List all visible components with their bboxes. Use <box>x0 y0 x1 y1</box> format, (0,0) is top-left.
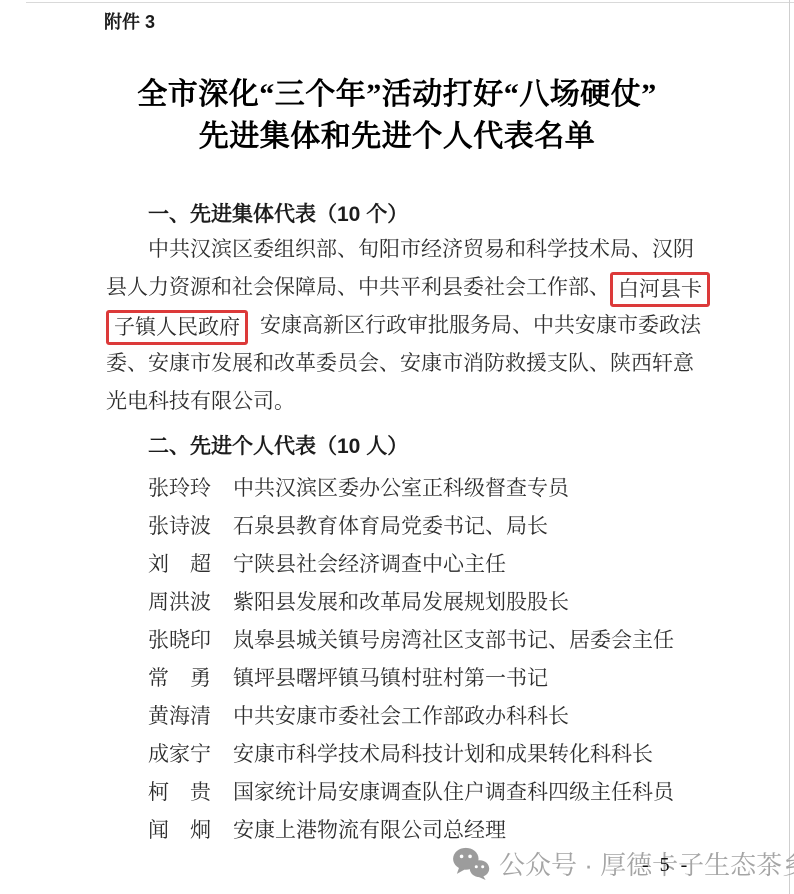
person-title: 宁陕县社会经济调查中心主任 <box>233 552 506 576</box>
person-title: 中共汉滨区委办公室正科级督查专员 <box>233 476 569 500</box>
person-name: 张晓印 <box>148 621 212 659</box>
document-page: 附件 3 全市深化“三个年”活动打好“八场硬仗” 先进集体和先进个人代表名单 一… <box>0 0 794 894</box>
person-row: 刘 超宁陕县社会经济调查中心主任 <box>148 545 748 583</box>
person-name: 刘 超 <box>148 545 212 583</box>
person-title: 岚皋县城关镇号房湾社区支部书记、居委会主任 <box>233 628 674 652</box>
person-name: 周洪波 <box>148 583 212 621</box>
collective-line-1: 中共汉滨区委组织部、旬阳市经济贸易和科学技术局、汉阴 <box>106 230 726 268</box>
highlight-box-2: 子镇人民政府 <box>106 310 248 345</box>
wechat-icon <box>452 847 490 880</box>
person-row: 张诗波石泉县教育体育局党委书记、局长 <box>148 507 748 545</box>
collective-line-3: 子镇人民政府安康高新区行政审批服务局、中共安康市委政法 <box>106 306 726 344</box>
page-number: - 5 - <box>642 854 690 877</box>
person-title: 国家统计局安康调查队住户调查科四级主任科员 <box>233 780 674 804</box>
document-title-line2: 先进集体和先进个人代表名单 <box>0 116 794 158</box>
person-row: 黄海清中共安康市委社会工作部政办科科长 <box>148 697 748 735</box>
person-title: 石泉县教育体育局党委书记、局长 <box>233 514 548 538</box>
section-collective-heading: 一、先进集体代表（10 个） <box>148 198 408 228</box>
person-name: 常 勇 <box>148 659 212 697</box>
collective-list-paragraph: 中共汉滨区委组织部、旬阳市经济贸易和科学技术局、汉阴 县人力资源和社会保障局、中… <box>106 230 726 420</box>
person-title: 安康市科学技术局科技计划和成果转化科科长 <box>233 742 653 766</box>
person-name: 闻 炯 <box>148 811 212 849</box>
person-row: 张玲玲中共汉滨区委办公室正科级督查专员 <box>148 469 748 507</box>
document-title: 全市深化“三个年”活动打好“八场硬仗” 先进集体和先进个人代表名单 <box>0 74 794 158</box>
collective-line-4: 委、安康市发展和改革委员会、安康市消防救援支队、陕西轩意 <box>106 344 726 382</box>
section-individual-heading: 二、先进个人代表（10 人） <box>148 430 408 460</box>
collective-line-2-text: 县人力资源和社会保障局、中共平利县委社会工作部、 <box>106 275 610 299</box>
person-name: 张玲玲 <box>148 469 212 507</box>
person-row: 成家宁安康市科学技术局科技计划和成果转化科科长 <box>148 735 748 773</box>
person-title: 镇坪县曙坪镇马镇村驻村第一书记 <box>233 666 548 690</box>
person-title: 安康上港物流有限公司总经理 <box>233 818 506 842</box>
person-row: 闻 炯安康上港物流有限公司总经理 <box>148 811 748 849</box>
collective-line-2: 县人力资源和社会保障局、中共平利县委社会工作部、白河县卡 <box>106 268 726 306</box>
highlight-box-1: 白河县卡 <box>610 272 710 307</box>
attachment-label: 附件 3 <box>104 8 155 34</box>
page-top-edge <box>26 2 794 3</box>
person-row: 周洪波紫阳县发展和改革局发展规划股股长 <box>148 583 748 621</box>
person-row: 张晓印岚皋县城关镇号房湾社区支部书记、居委会主任 <box>148 621 748 659</box>
person-name: 成家宁 <box>148 735 212 773</box>
individual-list: 张玲玲中共汉滨区委办公室正科级督查专员 张诗波石泉县教育体育局党委书记、局长 刘… <box>148 469 748 849</box>
person-name: 黄海清 <box>148 697 212 735</box>
person-row: 柯 贵国家统计局安康调查队住户调查科四级主任科员 <box>148 773 748 811</box>
person-row: 常 勇镇坪县曙坪镇马镇村驻村第一书记 <box>148 659 748 697</box>
person-title: 中共安康市委社会工作部政办科科长 <box>233 704 569 728</box>
person-title: 紫阳县发展和改革局发展规划股股长 <box>233 590 569 614</box>
collective-line-5: 光电科技有限公司。 <box>106 382 726 420</box>
wechat-watermark: 公众号 · 厚德卡子生态茶乡 <box>452 845 794 882</box>
collective-line-3-text: 安康高新区行政审批服务局、中共安康市委政法 <box>260 313 701 337</box>
person-name: 柯 贵 <box>148 773 212 811</box>
document-title-line1: 全市深化“三个年”活动打好“八场硬仗” <box>0 74 794 116</box>
person-name: 张诗波 <box>148 507 212 545</box>
